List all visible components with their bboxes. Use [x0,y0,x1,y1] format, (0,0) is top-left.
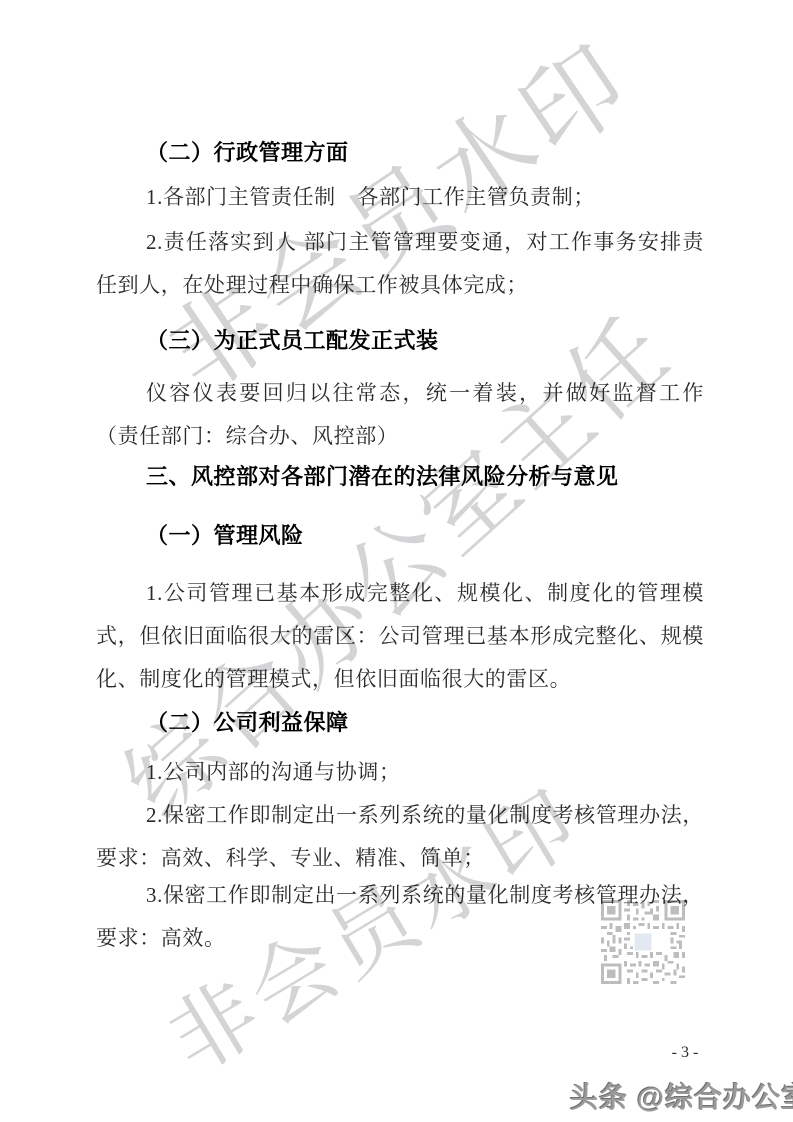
section-heading: （三）为正式员工配发正式装 [96,324,704,358]
document-page: 非会员水印 综合办公室主任 非会员水印 （二）行政管理方面 1.各部门主管责任制… [0,0,793,1122]
paragraph: 仪容仪表要回归以往常态，统一着装，并做好监督工作（责任部门：综合办、风控部） [96,372,704,458]
paragraph: 1.公司内部的沟通与协调； [96,751,704,794]
paragraph: 3.保密工作即制定出一系列系统的量化制度考核管理办法，要求：高效。 [96,874,704,960]
section-heading: （二）行政管理方面 [96,136,704,170]
chapter-heading: 三、风控部对各部门潜在的法律风险分析与意见 [96,460,704,494]
section-heading: （一）管理风险 [96,519,704,553]
section-heading: （二）公司利益保障 [96,706,704,740]
page-number: - 3 - [650,1044,720,1062]
document-content: （二）行政管理方面 1.各部门主管责任制 各部门工作主管负责制； 2.责任落实到… [96,0,704,960]
footer-credit-watermark: 头条 @综合办公室主任 [570,1076,793,1116]
paragraph: 2.责任落实到人 部门主管管理要变通，对工作事务安排责任到人，在处理过程中确保工… [96,221,704,307]
paragraph: 1.公司管理已基本形成完整化、规模化、制度化的管理模式，但依旧面临很大的雷区：公… [96,572,704,701]
paragraph: 1.各部门主管责任制 各部门工作主管负责制； [96,176,704,219]
paragraph: 2.保密工作即制定出一系列系统的量化制度考核管理办法，要求：高效、科学、专业、精… [96,794,704,880]
